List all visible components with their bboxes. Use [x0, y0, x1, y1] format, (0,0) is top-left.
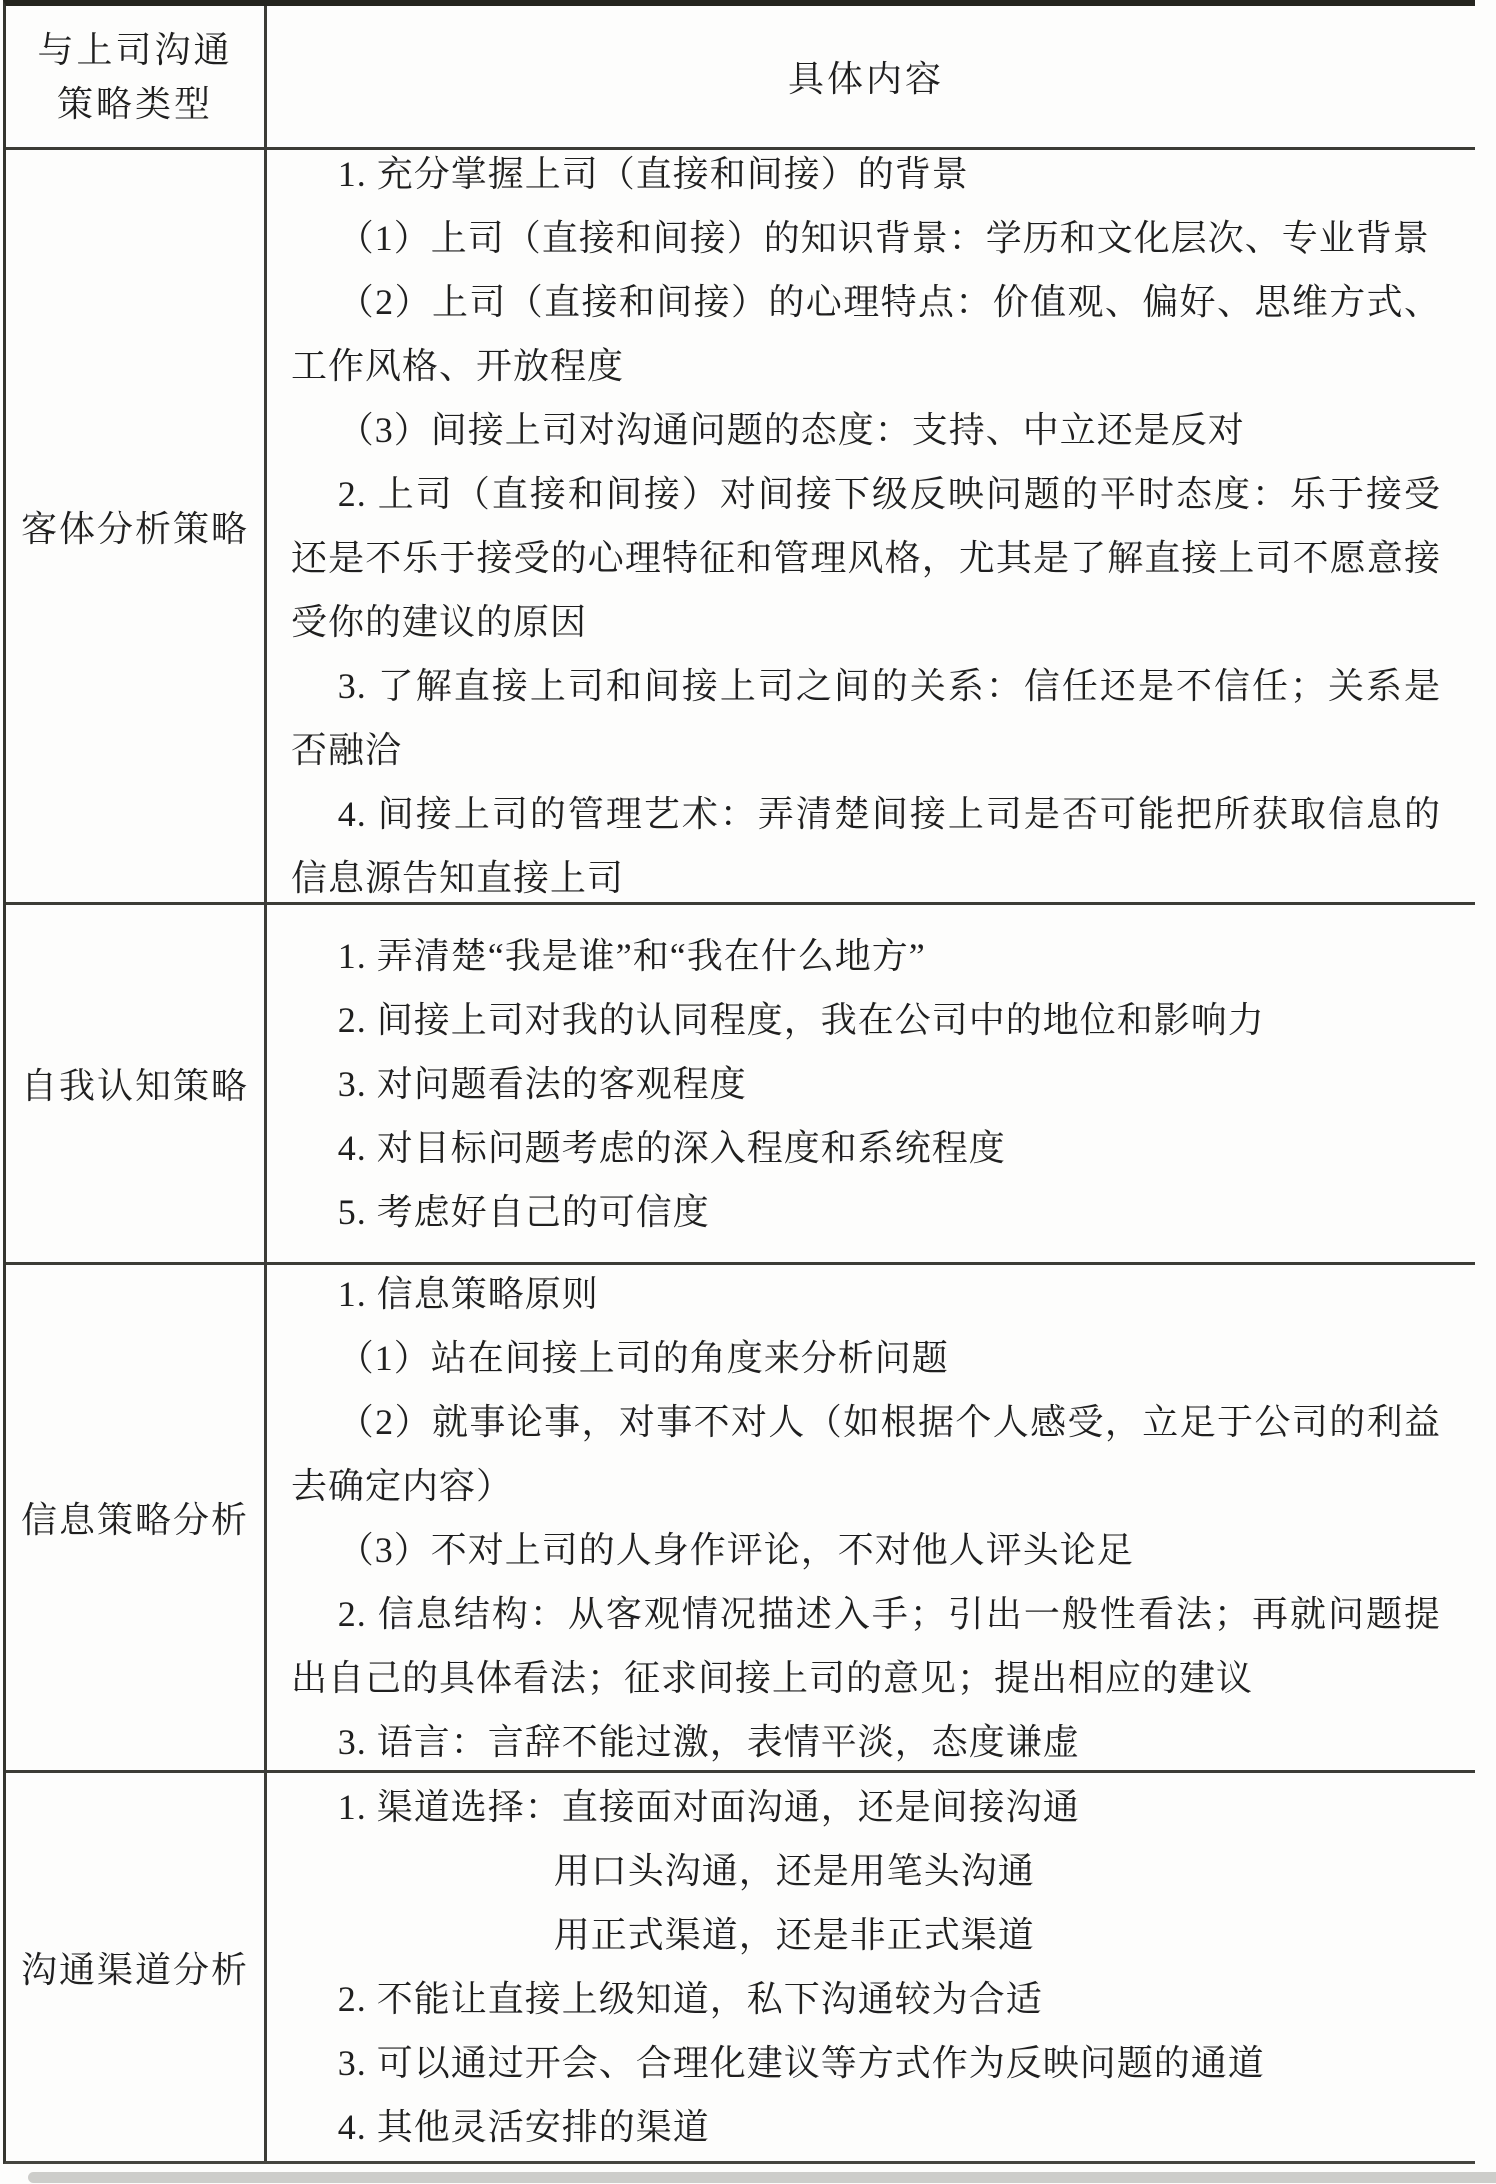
row-type-label-cell: 自我认知策略 — [6, 905, 267, 1262]
content-paragraph-indented: 用正式渠道，还是非正式渠道 — [291, 1903, 1441, 1967]
table-row-information-strategy: 信息策略分析 1. 信息策略原则 （1）站在间接上司的角度来分析问题 （2）就事… — [6, 1262, 1475, 1770]
content-paragraph: 1. 充分掌握上司（直接和间接）的背景 — [291, 142, 1441, 206]
content-paragraph: 1. 渠道选择：直接面对面沟通，还是间接沟通 — [291, 1775, 1441, 1839]
header-strategy-type-cell: 与上司沟通 策略类型 — [6, 6, 267, 147]
content-paragraph: 2. 不能让直接上级知道，私下沟通较为合适 — [291, 1967, 1441, 2031]
row-type-label: 信息策略分析 — [21, 1492, 249, 1543]
row-type-label: 自我认知策略 — [21, 1058, 249, 1109]
content-paragraph: 3. 对问题看法的客观程度 — [291, 1052, 1441, 1116]
content-paragraph: 5. 考虑好自己的可信度 — [291, 1180, 1441, 1244]
header-strategy-type-line1: 与上司沟通 — [37, 23, 232, 77]
row-type-label-cell: 沟通渠道分析 — [6, 1773, 267, 2161]
row-type-label: 沟通渠道分析 — [21, 1942, 249, 1993]
row-type-label-cell: 客体分析策略 — [6, 150, 267, 902]
content-paragraph: 2. 信息结构：从客观情况描述入手；引出一般性看法；再就问题提出自己的具体看法；… — [291, 1582, 1441, 1710]
scanned-document-page: 与上司沟通 策略类型 具体内容 客体分析策略 1. 充分掌握上司（直接和间接）的… — [0, 0, 1496, 2184]
table-row-self-cognition: 自我认知策略 1. 弄清楚“我是谁”和“我在什么地方” 2. 间接上司对我的认同… — [6, 902, 1475, 1262]
scan-artifact-band — [28, 2172, 1496, 2183]
row-type-label: 客体分析策略 — [21, 501, 249, 552]
content-paragraph: 4. 对目标问题考虑的深入程度和系统程度 — [291, 1116, 1441, 1180]
header-content-cell: 具体内容 — [267, 6, 1475, 147]
row-type-label-cell: 信息策略分析 — [6, 1265, 267, 1770]
row-content-cell: 1. 信息策略原则 （1）站在间接上司的角度来分析问题 （2）就事论事，对事不对… — [267, 1265, 1475, 1770]
content-paragraph: 2. 间接上司对我的认同程度，我在公司中的地位和影响力 — [291, 988, 1441, 1052]
content-paragraph-indented: 用口头沟通，还是用笔头沟通 — [291, 1839, 1441, 1903]
content-paragraph: 4. 间接上司的管理艺术：弄清楚间接上司是否可能把所获取信息的信息源告知直接上司 — [291, 782, 1441, 910]
content-paragraph: （2）就事论事，对事不对人（如根据个人感受，立足于公司的利益去确定内容） — [291, 1390, 1441, 1518]
content-paragraph: （3）不对上司的人身作评论，不对他人评头论足 — [291, 1518, 1441, 1582]
row-content-cell: 1. 充分掌握上司（直接和间接）的背景 （1）上司（直接和间接）的知识背景：学历… — [267, 150, 1475, 902]
table-row-communication-channel: 沟通渠道分析 1. 渠道选择：直接面对面沟通，还是间接沟通 用口头沟通，还是用笔… — [6, 1770, 1475, 2161]
row-content-cell: 1. 渠道选择：直接面对面沟通，还是间接沟通 用口头沟通，还是用笔头沟通 用正式… — [267, 1773, 1475, 2161]
header-content-label: 具体内容 — [788, 51, 944, 102]
content-paragraph: （3）间接上司对沟通问题的态度：支持、中立还是反对 — [291, 398, 1441, 462]
content-paragraph: （2）上司（直接和间接）的心理特点：价值观、偏好、思维方式、工作风格、开放程度 — [291, 270, 1441, 398]
content-paragraph: （1）站在间接上司的角度来分析问题 — [291, 1326, 1441, 1390]
communication-strategy-table: 与上司沟通 策略类型 具体内容 客体分析策略 1. 充分掌握上司（直接和间接）的… — [3, 0, 1475, 2164]
content-paragraph: 3. 语言：言辞不能过激，表情平淡，态度谦虚 — [291, 1710, 1441, 1774]
content-paragraph: （1）上司（直接和间接）的知识背景：学历和文化层次、专业背景 — [291, 206, 1441, 270]
table-header-row: 与上司沟通 策略类型 具体内容 — [6, 6, 1475, 147]
content-paragraph: 3. 了解直接上司和间接上司之间的关系：信任还是不信任；关系是否融洽 — [291, 654, 1441, 782]
content-paragraph: 2. 上司（直接和间接）对间接下级反映问题的平时态度：乐于接受还是不乐于接受的心… — [291, 462, 1441, 654]
content-paragraph: 1. 信息策略原则 — [291, 1262, 1441, 1326]
content-paragraph: 4. 其他灵活安排的渠道 — [291, 2095, 1441, 2159]
content-paragraph: 1. 弄清楚“我是谁”和“我在什么地方” — [291, 924, 1441, 988]
content-paragraph: 3. 可以通过开会、合理化建议等方式作为反映问题的通道 — [291, 2031, 1441, 2095]
header-strategy-type-line2: 策略类型 — [57, 77, 213, 131]
table-row-object-analysis: 客体分析策略 1. 充分掌握上司（直接和间接）的背景 （1）上司（直接和间接）的… — [6, 147, 1475, 902]
row-content-cell: 1. 弄清楚“我是谁”和“我在什么地方” 2. 间接上司对我的认同程度，我在公司… — [267, 905, 1475, 1262]
